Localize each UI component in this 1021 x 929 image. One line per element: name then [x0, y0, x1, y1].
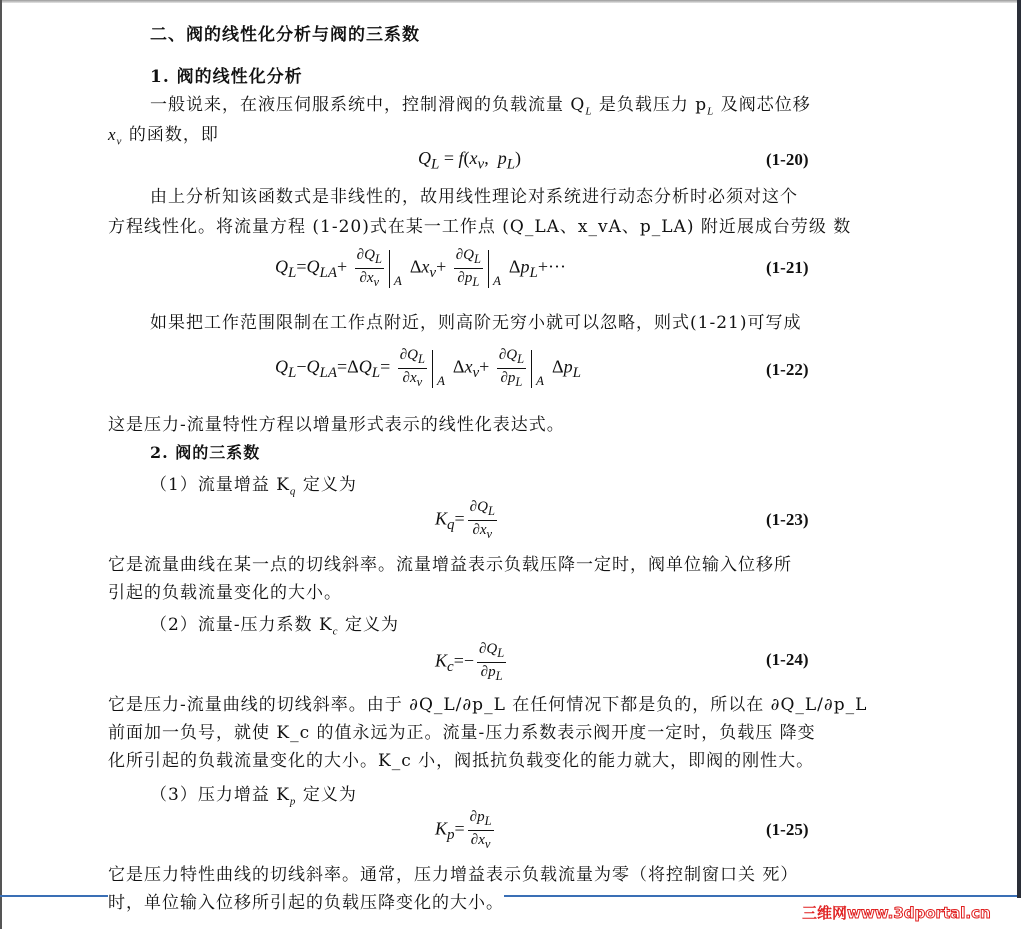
paragraph-6-line-3: 化所引起的负载流量变化的大小。K_c 小，阀抵抗负载变化的能力就大，即阀的刚性大…	[108, 746, 814, 771]
subsection-title-2: 2. 阀的三系数	[150, 440, 260, 463]
scanned-page: 二、阀的线性化分析与阀的三系数 1. 阀的线性化分析 一般说来，在液压伺服系统中…	[0, 0, 1015, 895]
paragraph-2-line-2: 方程线性化。将流量方程 (1-20)式在某一工作点 (Q_LA、x_vA、p_L…	[108, 212, 851, 237]
item-3-heading: （3）压力增益 Kp 定义为	[150, 780, 357, 807]
paragraph-5-line-1: 它是流量曲线在某一点的切线斜率。流量增益表示负载压降一定时，阀单位输入位移所	[108, 550, 792, 575]
paragraph-5-line-2: 引起的负载流量变化的大小。	[108, 578, 342, 603]
equation-1-22: QL−QLA=ΔQL= ∂QL∂xvAΔxv+ ∂QL∂pLAΔpL	[275, 346, 581, 391]
paragraph-1-line-2: xv 的函数，即	[108, 120, 219, 147]
equation-1-23: Kq=∂QL∂xv	[435, 498, 500, 543]
equation-number-1-20: (1-20)	[766, 150, 808, 170]
paragraph-4: 这是压力-流量特性方程以增量形式表示的线性化表达式。	[108, 410, 565, 435]
paragraph-3: 如果把工作范围限制在工作点附近，则高阶无穷小就可以忽略，则式(1-21)可写成	[150, 308, 801, 333]
window-right-border	[1017, 0, 1021, 898]
paragraph-7-line-1: 它是压力特性曲线的切线斜率。通常，压力增益表示负载流量为零（将控制窗口关 死）	[108, 860, 798, 885]
item-2-heading: （2）流量-压力系数 Kc 定义为	[150, 610, 399, 637]
equation-1-20: QL = f(xv, pL)	[418, 148, 521, 174]
section-title: 二、阀的线性化分析与阀的三系数	[150, 20, 420, 45]
equation-number-1-23: (1-23)	[766, 510, 808, 530]
paragraph-1-line-1: 一般说来，在液压伺服系统中，控制滑阀的负载流量 QL 是负载压力 pL 及阀芯位…	[150, 90, 811, 117]
paragraph-7-line-2: 时，单位输入位移所引起的负载压降变化的大小。	[108, 888, 504, 913]
watermark: 三维网www.3dportal.cn	[802, 902, 991, 923]
paragraph-6-line-1: 它是压力-流量曲线的切线斜率。由于 ∂Q_L/∂p_L 在任何情况下都是负的，所…	[108, 690, 867, 715]
subsection-title-1: 1. 阀的线性化分析	[150, 62, 303, 87]
paragraph-6-line-2: 前面加一负号，就使 K_c 的值永远为正。流量-压力系数表示阀开度一定时，负载压…	[108, 718, 816, 743]
equation-1-25: Kp=∂pL∂xv	[435, 808, 497, 853]
equation-1-24: Kc=−∂QL∂pL	[435, 640, 509, 685]
equation-1-21: QL=QLA+ ∂QL∂xvAΔxv+ ∂QL∂pLAΔpL+···	[275, 246, 566, 291]
paragraph-2-line-1: 由上分析知该函数式是非线性的，故用线性理论对系统进行动态分析时必须对这个	[150, 182, 798, 207]
item-1-heading: （1）流量增益 Kq 定义为	[150, 470, 357, 497]
equation-number-1-25: (1-25)	[766, 820, 808, 840]
equation-number-1-24: (1-24)	[766, 650, 808, 670]
equation-number-1-22: (1-22)	[766, 360, 808, 380]
equation-number-1-21: (1-21)	[766, 258, 808, 278]
